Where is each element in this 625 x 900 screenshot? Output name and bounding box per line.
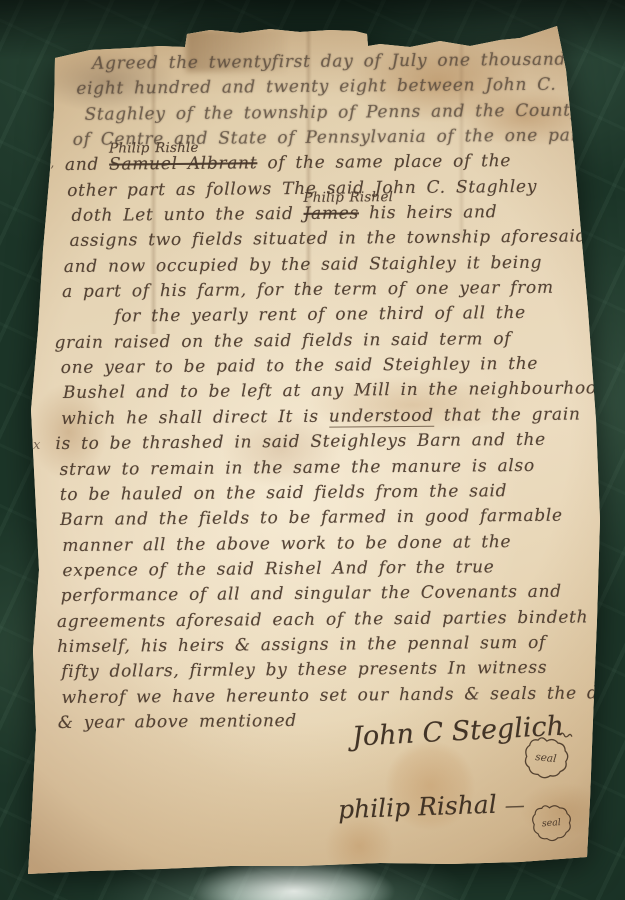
line-text: doth Let unto the said xyxy=(71,204,303,226)
hand-drawn-seal: seal xyxy=(525,796,578,845)
struck-out-name: JamesPhilip Rishel xyxy=(304,203,360,223)
inserted-name: Philip Rishel xyxy=(303,189,393,206)
signature-flourish: — xyxy=(496,793,523,818)
line-text: which he shall direct It is xyxy=(61,406,329,428)
inserted-name: Philip Rishle xyxy=(109,140,199,157)
seal-word: seal xyxy=(535,751,557,765)
paper-sheet: ’ x Agreed the twentyfirst day of July o… xyxy=(0,0,625,900)
seal-squiggle xyxy=(560,733,573,738)
line-text: of the same place of the xyxy=(257,151,511,173)
underlined-word: understood xyxy=(329,406,434,428)
photo-of-document: ’ x Agreed the twentyfirst day of July o… xyxy=(0,0,625,900)
signature-philip-rishal: philip Rishal— xyxy=(338,789,524,824)
paper-surface: ’ x Agreed the twentyfirst day of July o… xyxy=(0,0,625,900)
seal-word: seal xyxy=(542,817,562,829)
line-text: and xyxy=(65,155,109,175)
handwritten-body-text: Agreed the twentyfirst day of July one t… xyxy=(0,49,625,739)
line-text: that the grain xyxy=(434,404,581,425)
hand-drawn-seal: seal xyxy=(516,725,578,787)
struck-out-name: Samuel AlbrantPhilip Rishle xyxy=(109,154,257,175)
line-text: his heirs and xyxy=(359,202,498,223)
